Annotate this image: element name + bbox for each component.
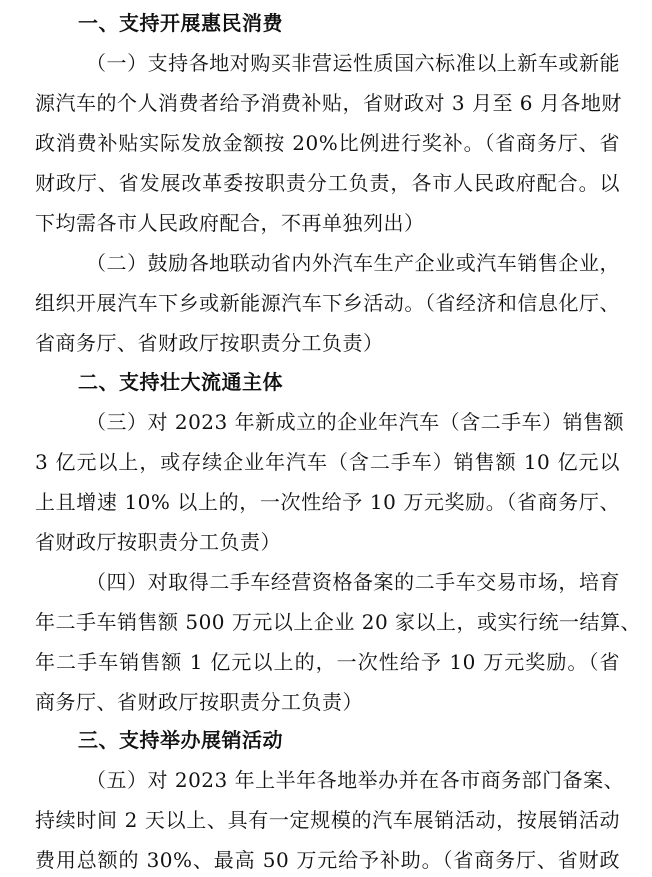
paragraph-line: 上且增速 10% 以上的，一次性给予 10 万元奖励。（省商务厅、 bbox=[35, 482, 620, 522]
paragraph-line: 政消费补贴实际发放金额按 20%比例进行奖补。（省商务厅、省 bbox=[35, 123, 620, 163]
paragraph-line: 省商务厅、省财政厅按职责分工负责） bbox=[35, 323, 620, 363]
paragraph-line: 省财政厅按职责分工负责） bbox=[35, 522, 620, 562]
paragraph-line: 商务厅、省财政厅按职责分工负责） bbox=[35, 682, 620, 722]
paragraph-line: （一）支持各地对购买非营运性质国六标准以上新车或新能 bbox=[86, 43, 620, 83]
paragraph-line: 持续时间 2 天以上、具有一定规模的汽车展销活动，按展销活动 bbox=[35, 800, 620, 840]
paragraph-line: 3 亿元以上，或存续企业年汽车（含二手车）销售额 10 亿元以 bbox=[35, 442, 620, 482]
section-heading: 一、支持开展惠民消费 bbox=[78, 3, 638, 43]
paragraph-line: 源汽车的个人消费者给予消费补贴，省财政对 3 月至 6 月各地财 bbox=[35, 83, 620, 123]
paragraph-line: 费用总额的 30%、最高 50 万元给予补助。（省商务厅、省财政 bbox=[35, 840, 620, 877]
paragraph-line: （二）鼓励各地联动省内外汽车生产企业或汽车销售企业， bbox=[86, 243, 620, 283]
paragraph-line: 年二手车销售额 500 万元以上企业 20 家以上，或实行统一结算、 bbox=[35, 602, 620, 642]
paragraph-line: 下均需各市人民政府配合，不再单独列出） bbox=[35, 203, 620, 243]
paragraph-line: 财政厅、省发展改革委按职责分工负责，各市人民政府配合。以 bbox=[35, 163, 620, 203]
document-page: 一、支持开展惠民消费 （一）支持各地对购买非营运性质国六标准以上新车或新能 源汽… bbox=[0, 0, 652, 877]
paragraph-line: （五）对 2023 年上半年各地举办并在各市商务部门备案、 bbox=[86, 760, 620, 800]
section-heading: 三、支持举办展销活动 bbox=[78, 720, 638, 760]
paragraph-line: 年二手车销售额 1 亿元以上的，一次性给予 10 万元奖励。（省 bbox=[35, 642, 620, 682]
paragraph-line: （三）对 2023 年新成立的企业年汽车（含二手车）销售额 bbox=[86, 402, 620, 442]
paragraph-line: （四）对取得二手车经营资格备案的二手车交易市场，培育 bbox=[86, 562, 620, 602]
paragraph-line: 组织开展汽车下乡或新能源汽车下乡活动。（省经济和信息化厅、 bbox=[35, 283, 620, 323]
section-heading: 二、支持壮大流通主体 bbox=[78, 362, 638, 402]
